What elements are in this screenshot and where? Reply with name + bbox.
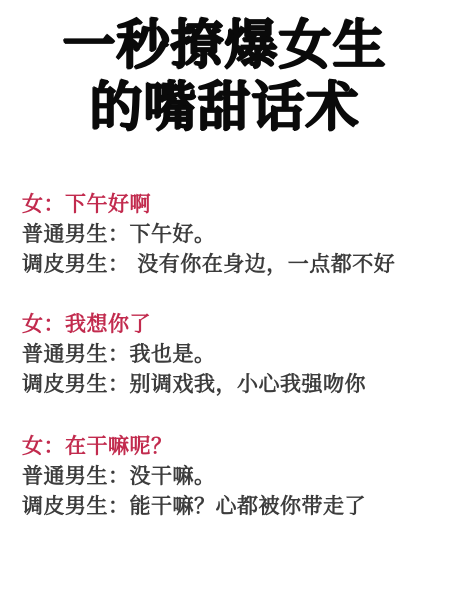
dialogue-section-2: 女：我想你了 普通男生：我也是。 调皮男生：别调戏我，小心我强吻你 (22, 309, 431, 399)
pickup-lines-card: 一秒撩爆女生 的嘴甜话术 女：下午好啊 普通男生：下午好。 调皮男生： 没有你在… (0, 0, 449, 600)
playful-reply-line: 调皮男生： 没有你在身边，一点都不好 (22, 249, 431, 279)
normal-reply-line: 普通男生：我也是。 (22, 339, 431, 369)
girl-line: 女：下午好啊 (22, 189, 431, 219)
playful-reply-line: 调皮男生：别调戏我，小心我强吻你 (22, 369, 431, 399)
normal-reply-line: 普通男生：下午好。 (22, 219, 431, 249)
girl-line: 女：在干嘛呢？ (22, 431, 431, 461)
title-line-2: 的嘴甜话术 (0, 77, 449, 139)
girl-line: 女：我想你了 (22, 309, 431, 339)
playful-reply-line: 调皮男生：能干嘛？心都被你带走了 (22, 491, 431, 521)
card-title: 一秒撩爆女生 的嘴甜话术 (0, 15, 449, 139)
dialogue-content: 女：下午好啊 普通男生：下午好。 调皮男生： 没有你在身边，一点都不好 女：我想… (0, 189, 449, 521)
dialogue-section-1: 女：下午好啊 普通男生：下午好。 调皮男生： 没有你在身边，一点都不好 (22, 189, 431, 279)
dialogue-section-3: 女：在干嘛呢？ 普通男生：没干嘛。 调皮男生：能干嘛？心都被你带走了 (22, 431, 431, 521)
title-line-1: 一秒撩爆女生 (0, 15, 449, 77)
normal-reply-line: 普通男生：没干嘛。 (22, 461, 431, 491)
